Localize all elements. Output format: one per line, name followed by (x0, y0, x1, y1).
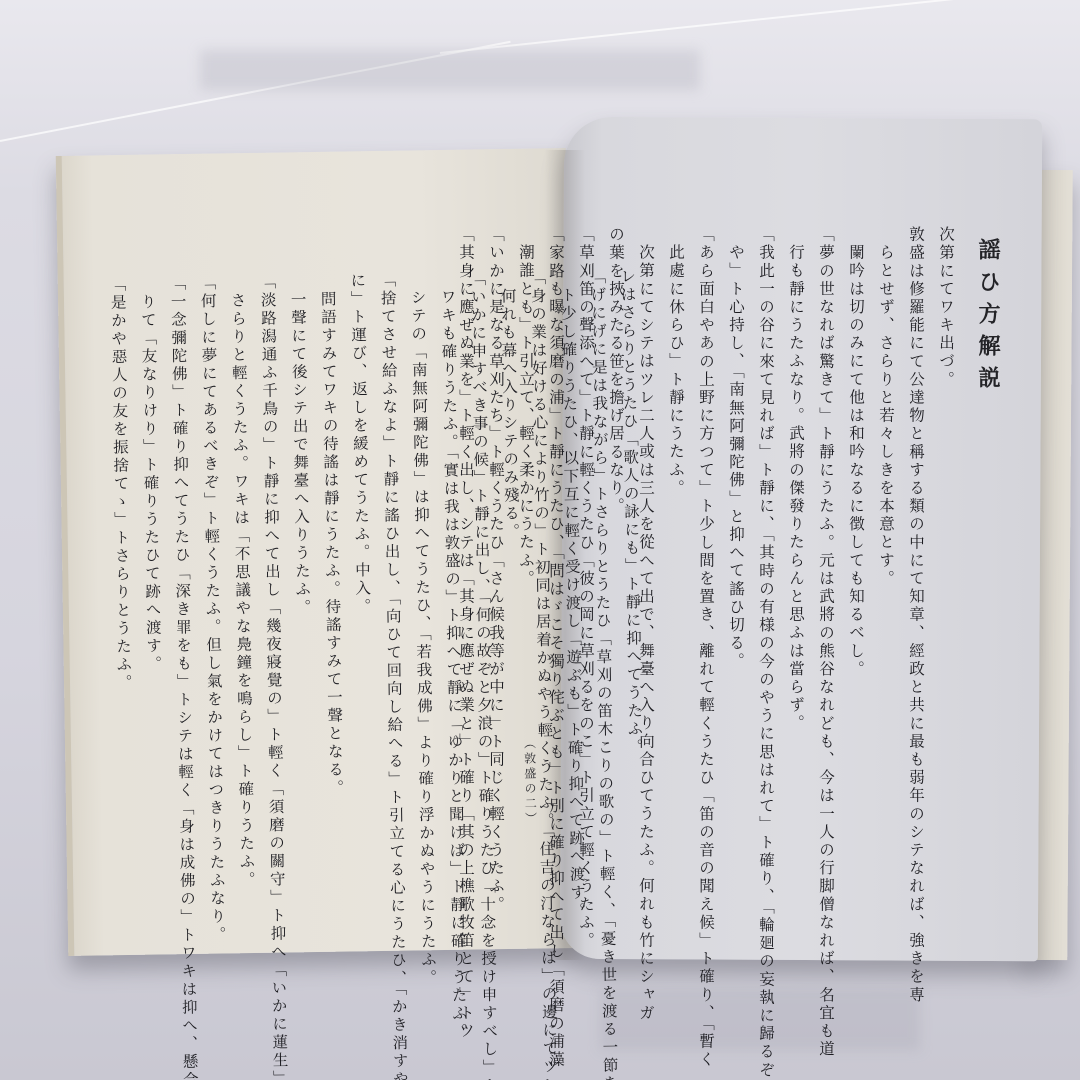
text-column: 「捨てさせ給ふなよ」ト靜に謠ひ出し、「向ひて回向し給へる」ト引立てる心にうたひ、… (375, 272, 409, 882)
text-column: らとせず、さらりと若々しきを本意とす。 (874, 226, 898, 876)
text-column: 此處に休らひ」ト靜にうたふ。 (664, 226, 688, 876)
text-column: 「是かや惡人の友を振捨てゝ」トさらりとうたふ。 (105, 276, 139, 886)
text-column: りて「友なりけり」ト確りうたひて跡へ渡す。 (135, 275, 169, 885)
text-column: 「我此一の谷に來て見れば」ト靜に、「其時の有様の今のやうに思はれて」ト確り、「輪… (754, 226, 778, 876)
text-column: 闌吟は切のみにて他は和吟なるに徴しても知るべし。 (844, 226, 868, 876)
text-column: さらりと輕くうたふ。ワキは「不思議やな鳧鐘を鳴らし」ト確りうたふ。 (225, 274, 259, 884)
text-column: 「淡路潟通ふ千鳥の」ト靜に抑へて出し「幾夜寢覺の」ト輕く「須磨の關守」ト抑へ「い… (255, 273, 289, 883)
text-column: 「夢の世なれば驚きて」ト靜にうたふ。元は武將の熊谷なれども、今は一人の行脚僧なれ… (814, 226, 838, 876)
text-column: 「何しに夢にてあるべきぞ」ト輕くうたふ。但し氣をかけてはつきりうたふなり。 (195, 274, 229, 884)
section-title: 謡ひ方解説 (973, 238, 1004, 398)
text-column: 敦盛は修羅能にて公達物と稱する類の中にて知章、經政と共に最も弱年のシテなれば、強… (904, 226, 928, 876)
text-column: ト少し確りうたひ、以下互に輕く受け渡し「遊ぶも」ト確り抑へて跡へ渡す。 (555, 269, 589, 879)
text-column: 次第にてワキ出づ。 (934, 226, 958, 876)
text-column: 「身の業は好ける心により竹の」ト初同は居着かぬやう輕くうたふ。「住吉の汀ならば」… (525, 269, 559, 879)
text-column: 「一念彌陀佛」ト確り抑へてうたひ「深き罪をも」トシテは輕く「身は成佛の」トワキは… (165, 275, 199, 885)
text-column: 何れも幕へ入りシテのみ殘る。 (495, 270, 529, 880)
text-column: 「あら面白やあの上野に方つて」ト少し間を置き、離れて輕くうたひ「笛の音の聞え候」… (694, 226, 718, 876)
cloth-crease (440, 0, 957, 54)
left-page-text: レはさらりとうたひ「歌人の詠にも」ト靜に抑へてうたふ。「げにげに是は我ながら」ト… (99, 268, 649, 886)
cloth-shadow (200, 50, 700, 90)
text-column: 行も靜にうたふなり。武將の傑發りたらんと思ふは當らず。 (784, 226, 808, 876)
text-column: ワキも確りうたふ。「實は我は敦盛の」ト抑へて靜に「ゆかりと聞けば」ト靜に確りうた… (435, 271, 469, 881)
text-column: 「げにげに是は我ながら」トさらりとうたひ「草刈の笛木こりの歌の」ト輕く、「憂き世… (585, 268, 619, 878)
text-column: 一聲にて後シテ出で舞臺へ入りうたふ。 (285, 273, 319, 883)
text-column: に」ト運び、返しを緩めてうたふ。中入。 (345, 272, 379, 882)
text-column: や」ト心持し、「南無阿彌陀佛」と抑へて謠ひ切る。 (724, 226, 748, 876)
text-column: 「いかに申すべき事の候」ト靜に出し、「何の故ぞと夕浪の」ト確りうたひ「十念を授け… (465, 270, 499, 880)
text-column: 問語すみてワキの待謠は靜にうたふ。待謠すみて一聲となる。 (315, 273, 349, 883)
text-column: シテの「南無阿彌陀佛」は抑へてうたひ、「若我成佛」より確り浮かぬやうにうたふ。 (405, 271, 439, 881)
